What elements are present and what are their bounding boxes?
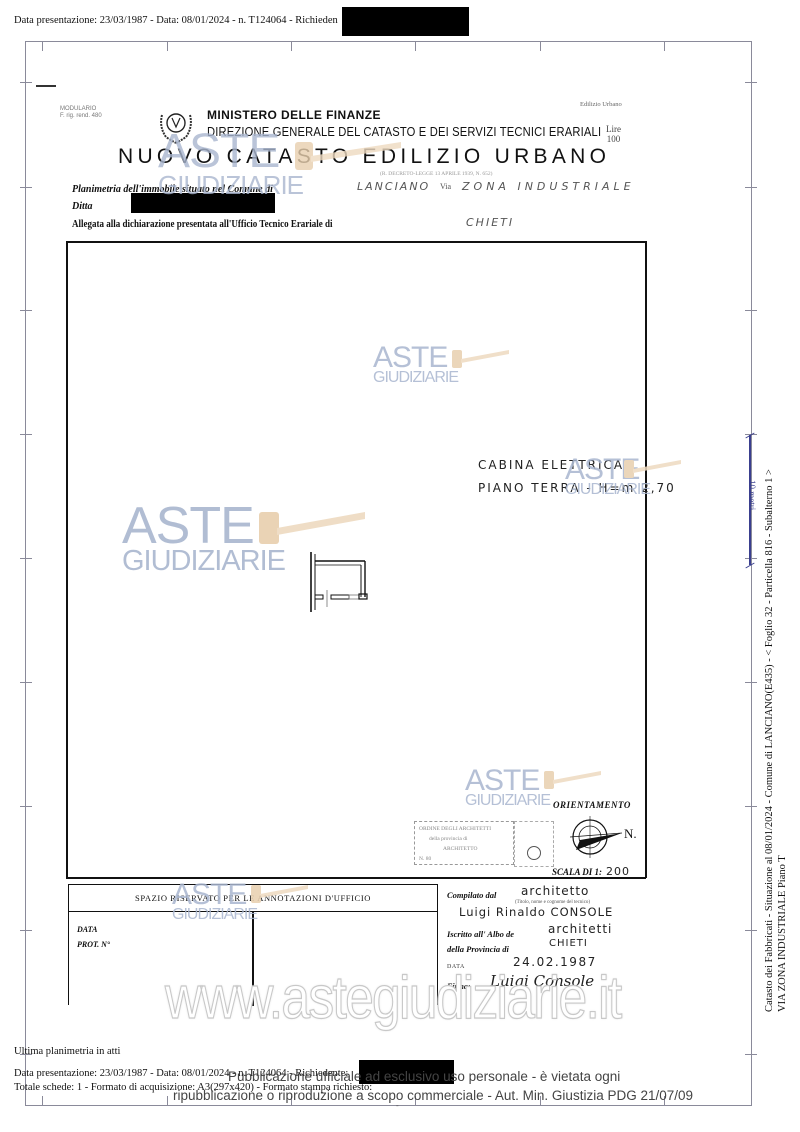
- watermark-logo: ASTE GIUDIZIARIE: [158, 128, 388, 228]
- scale-block: SCALA DI 1: 200: [552, 862, 630, 880]
- scale-bar-end-bottom: [745, 563, 754, 569]
- stamp-line3: ARCHITETTO: [419, 844, 509, 854]
- frame-tick: [745, 82, 757, 83]
- ditta-label: Ditta: [72, 201, 93, 212]
- frame-bottom: [25, 1105, 752, 1106]
- scale-label: SCALA DI 1:: [552, 867, 602, 877]
- frame-right: [751, 41, 752, 1106]
- compilato-label: Compilato dal: [447, 890, 496, 900]
- frame-tick: [20, 434, 32, 435]
- frame-tick: [167, 41, 168, 51]
- compass-north-icon: [568, 812, 623, 862]
- watermark-logo: ASTE GIUDIZIARIE: [565, 455, 685, 505]
- via-value: ZONA INDUSTRIALE: [462, 180, 635, 193]
- watermark-logo: ASTE GIUDIZIARIE: [172, 880, 312, 930]
- frame-tick: [745, 310, 757, 311]
- stamp-label: Lire: [606, 124, 621, 134]
- plan-frame-top: [66, 241, 646, 243]
- compilato-value: architetto: [521, 884, 589, 898]
- top-right-label: Edilizio Urbano: [580, 101, 622, 108]
- via-label: Via: [440, 182, 451, 191]
- frame-tick: [745, 806, 757, 807]
- frame-tick: [20, 930, 32, 931]
- frame-tick: [20, 187, 32, 188]
- frame-tick: [20, 806, 32, 807]
- side-info-line1: Catasto dei Fabbricati - Situazione al 0…: [764, 469, 775, 1012]
- page-marker: -: [396, 1101, 399, 1110]
- gavel-icon: [257, 506, 367, 557]
- watermark-logo: ASTE GIUDIZIARIE: [122, 500, 362, 590]
- stamp-line2: della provincia di: [419, 834, 509, 844]
- office-prot-label: PROT. N°: [77, 940, 110, 949]
- frame-tick: [20, 310, 32, 311]
- provincia-value: CHIETI: [549, 938, 588, 949]
- gavel-icon: [293, 136, 403, 181]
- revenue-stamp: Lire 100: [606, 124, 621, 144]
- seal-icon: [527, 846, 541, 860]
- plan-frame-left: [66, 241, 68, 878]
- scale-value: 200: [606, 865, 630, 878]
- site-watermark: www.astegiudiziarie.it: [165, 963, 620, 1032]
- ufficio-value: CHIETI: [466, 216, 514, 229]
- frame-tick: [745, 930, 757, 931]
- notice-line1: Pubblicazione ufficiale ad esclusivo uso…: [228, 1069, 620, 1084]
- albo-value: architetti: [548, 922, 612, 936]
- redaction-box: [342, 7, 469, 36]
- top-header-text: Data presentazione: 23/03/1987 - Data: 0…: [14, 15, 338, 26]
- watermark-logo: ASTE GIUDIZIARIE: [373, 343, 513, 393]
- ministry-title: MINISTERO DELLE FINANZE: [207, 108, 381, 122]
- footer-ultima: Ultima planimetria in atti: [14, 1046, 120, 1057]
- seal-box: [514, 821, 554, 867]
- watermark-logo: ASTE GIUDIZIARIE: [465, 766, 605, 816]
- frame-tick: [540, 41, 541, 51]
- modulo-block: MODULARIO F. rig. rend. 480: [60, 106, 102, 120]
- scan-mark: [36, 85, 56, 87]
- frame-tick: [664, 41, 665, 51]
- architect-stamp: ORDINE DEGLI ARCHITETTI della provincia …: [414, 821, 514, 865]
- modulo-code: F. rig. rend. 480: [60, 113, 102, 120]
- frame-tick: [167, 1096, 168, 1106]
- frame-tick: [291, 41, 292, 51]
- frame-tick: [42, 1096, 43, 1106]
- stamp-line4: N. 80: [419, 854, 509, 864]
- frame-tick: [20, 558, 32, 559]
- gavel-icon: [623, 457, 683, 486]
- gavel-icon: [451, 347, 511, 376]
- notice-line2: ripubblicazione o riproduzione a scopo c…: [173, 1088, 693, 1103]
- stamp-value: 100: [606, 134, 621, 144]
- side-info-line2: VIA ZONA INDUSTRIALE Piano T: [777, 855, 788, 1012]
- frame-tick: [745, 1054, 757, 1055]
- frame-top: [25, 41, 752, 42]
- scale-bar-label: 10 metri: [747, 480, 757, 510]
- modulo-label: MODULARIO: [60, 106, 102, 113]
- frame-tick: [745, 187, 757, 188]
- frame-tick: [20, 82, 32, 83]
- gavel-icon: [250, 882, 310, 911]
- albo-label: Iscritto all' Albo de: [447, 929, 514, 939]
- compiler-name: Luigi Rinaldo CONSOLE: [459, 905, 613, 919]
- frame-tick: [745, 558, 757, 559]
- north-label: N.: [624, 826, 637, 842]
- plan-frame-right: [645, 241, 647, 878]
- frame-tick: [42, 41, 43, 51]
- office-data-label: DATA: [77, 925, 97, 934]
- frame-left: [25, 41, 26, 1106]
- frame-tick: [20, 682, 32, 683]
- frame-tick: [745, 682, 757, 683]
- provincia-label: della Provincia di: [447, 944, 509, 954]
- stamp-line1: ORDINE DEGLI ARCHITETTI: [419, 824, 509, 834]
- gavel-icon: [543, 768, 603, 797]
- frame-tick: [415, 41, 416, 51]
